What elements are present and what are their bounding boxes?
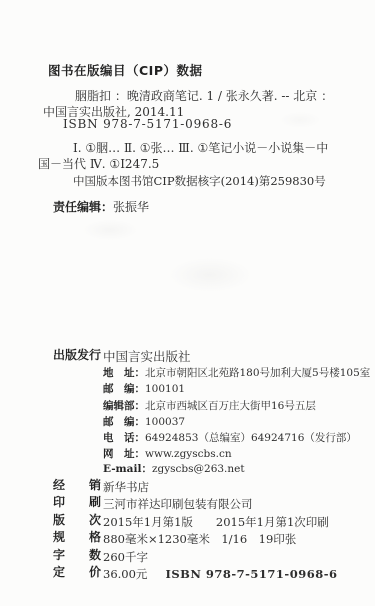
publisher-name: 中国言实出版社 [103, 349, 191, 364]
price-label: 定 价 [53, 563, 103, 580]
email-label: E-mail： [103, 463, 152, 475]
website-value: www.zgyscbs.cn [145, 448, 232, 460]
price-value: 36.00元 [103, 567, 147, 581]
address-label: 地 址： [103, 367, 145, 379]
cip-record-number: 中国版本图书馆CIP数据核字(2014)第259830号 [73, 173, 326, 189]
email-value: zgyscbs@263.net [152, 463, 245, 475]
publisher-row: 出版发行中国言实出版社 [53, 346, 191, 365]
cip-classification-line2: 国－当代 Ⅳ. ①I247.5 [38, 155, 159, 172]
postcode2-value: 100037 [145, 416, 185, 428]
editor-name: 张振华 [113, 200, 149, 214]
printer-value: 三河市祥达印刷包装有限公司 [103, 497, 253, 511]
edition-value: 2015年1月第1版 2015年1月第1次印刷 [103, 515, 329, 529]
price-row: 定 价36.00元ISBN 978-7-5171-0968-6 [53, 563, 337, 582]
format-label: 规 格 [53, 528, 103, 545]
cip-isbn: ISBN 978-7-5171-0968-6 [63, 117, 232, 131]
printer-label: 印 刷 [53, 493, 103, 510]
postcode2-label: 邮 编： [103, 416, 145, 428]
website-row: 网 址：www.zgyscbs.cn [103, 446, 232, 461]
address-value: 北京市朝阳区北苑路180号加利大厦5号楼105室 [145, 367, 370, 379]
publisher-label: 出版发行 [53, 346, 103, 363]
email-row: E-mail：zgyscbs@263.net [103, 461, 245, 476]
postcode-value: 100101 [145, 383, 185, 395]
editorial-dept-value: 北京市西城区百万庄大街甲16号五层 [145, 400, 316, 412]
cip-classification-line1: Ⅰ. ①胭… Ⅱ. ①张… Ⅲ. ①笔记小说－小说集－中 [73, 139, 328, 156]
format-value: 880毫米×1230毫米 1/16 19印张 [103, 532, 296, 546]
edition-label: 版 次 [53, 511, 103, 528]
phone-value: 64924853（总编室）64924716（发行部） [145, 432, 357, 444]
phone-row: 电 话：64924853（总编室）64924716（发行部） [103, 430, 357, 445]
editorial-dept-label: 编辑部： [103, 400, 145, 412]
cip-header: 图书在版编目（CIP）数据 [48, 61, 203, 79]
postcode-label: 邮 编： [103, 383, 145, 395]
cip-entry-line1: 胭脂扣 ：晚清政商笔记. 1 / 张永久著. -- 北京 ： [75, 87, 333, 104]
editor-label: 责任编辑： [53, 200, 113, 214]
format-row: 规 格880毫米×1230毫米 1/16 19印张 [53, 528, 296, 547]
word-count-label: 字 数 [53, 546, 103, 563]
distributor-label: 经 销 [53, 476, 103, 493]
responsible-editor-line: 责任编辑：张振华 [53, 198, 149, 215]
book-copyright-page: 图书在版编目（CIP）数据 胭脂扣 ：晚清政商笔记. 1 / 张永久著. -- … [0, 0, 375, 606]
postcode2-row: 邮 编：100037 [103, 414, 185, 429]
word-count-value: 260千字 [103, 550, 148, 564]
phone-label: 电 话： [103, 432, 145, 444]
website-label: 网 址： [103, 448, 145, 460]
price-isbn: ISBN 978-7-5171-0968-6 [165, 567, 337, 581]
address-row: 地 址：北京市朝阳区北苑路180号加利大厦5号楼105室 [103, 365, 370, 380]
editorial-dept-row: 编辑部：北京市西城区百万庄大街甲16号五层 [103, 398, 316, 413]
distributor-value: 新华书店 [103, 480, 149, 494]
postcode-row: 邮 编：100101 [103, 381, 185, 396]
printer-row: 印 刷三河市祥达印刷包装有限公司 [53, 493, 253, 512]
